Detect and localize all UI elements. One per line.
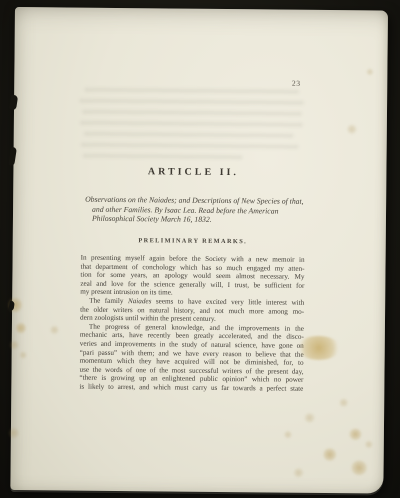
title-line: Philosophical Society March 16, 1832.	[85, 214, 305, 226]
naiades-italic: Naiades	[128, 297, 151, 305]
foxing-stain	[323, 448, 337, 461]
foxing-stain	[20, 351, 27, 359]
show-through-text	[79, 99, 304, 105]
show-through-text	[82, 110, 302, 116]
section-heading: PRELIMINARY REMARKS.	[81, 237, 305, 246]
book-page: 23 ARTICLE II. Observations on the Naiad…	[10, 7, 388, 494]
page-edge-chip	[9, 95, 18, 111]
show-through-text	[83, 154, 243, 160]
body-text-segment: seems to have excited very little intere…	[151, 297, 304, 306]
foxing-stain	[349, 428, 362, 440]
foxing-stain	[297, 336, 341, 360]
foxing-stain	[284, 431, 292, 439]
photo-background: 23 ARTICLE II. Observations on the Naiad…	[0, 0, 400, 498]
foxing-stain	[50, 325, 59, 334]
foxing-stain	[339, 398, 348, 407]
foxing-stain	[16, 322, 26, 334]
foxing-stain	[304, 413, 315, 423]
foxing-stain	[293, 468, 303, 478]
foxing-stain	[10, 340, 19, 350]
body-line: is likely to arrest, and which must carr…	[79, 383, 303, 394]
foxing-stain	[365, 440, 373, 448]
foxing-stain	[347, 124, 357, 134]
show-through-text	[84, 132, 294, 138]
page-number: 23	[276, 79, 316, 88]
article-title: Observations on the Naiades; and Descrip…	[85, 195, 305, 226]
article-heading: ARTICLE II.	[81, 166, 305, 179]
foxing-stain	[351, 460, 368, 475]
text-block: ARTICLE II. Observations on the Naiades;…	[81, 166, 305, 168]
foxing-stain	[9, 427, 19, 439]
foxing-stain	[366, 68, 373, 75]
show-through-text	[80, 121, 303, 127]
body-text-segment: The family	[89, 297, 128, 305]
body-text: In presenting myself again before the So…	[79, 254, 304, 394]
show-through-text	[84, 88, 299, 94]
show-through-text	[81, 143, 299, 149]
page-edge-chip	[8, 147, 17, 167]
